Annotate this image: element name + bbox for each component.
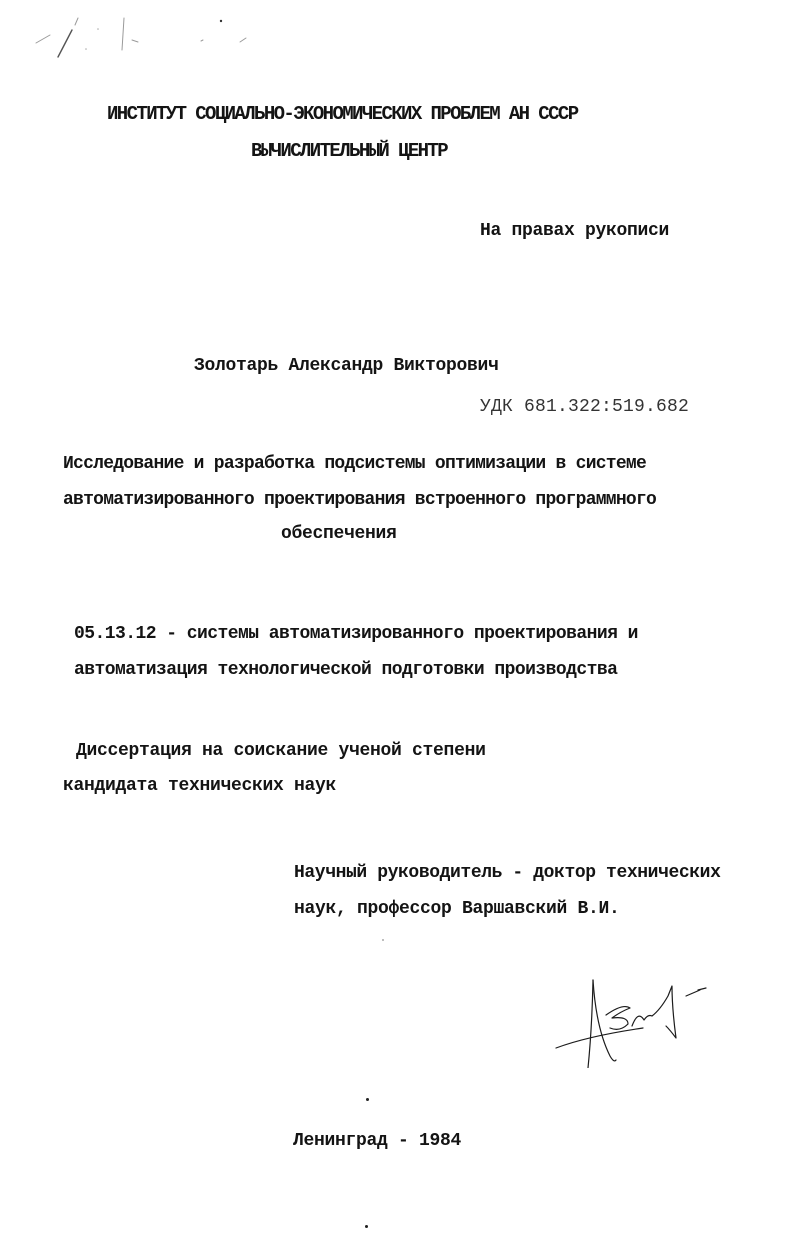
signature-icon bbox=[548, 968, 718, 1068]
dissertation-title-line-3: обеспечения bbox=[281, 523, 397, 545]
place-and-year: Ленинград - 1984 bbox=[293, 1130, 461, 1152]
dissertation-title-line-2: автоматизированного проектирования встро… bbox=[63, 489, 656, 511]
specialty-line-1: 05.13.12 - системы автоматизированного п… bbox=[74, 623, 638, 645]
department-name: ВЫЧИСЛИТЕЛЬНЫЙ ЦЕНТР bbox=[251, 140, 447, 162]
author-name: Золотарь Александр Викторович bbox=[194, 355, 499, 377]
title-page: ИНСТИТУТ СОЦИАЛЬНО-ЭКОНОМИЧЕСКИХ ПРОБЛЕМ… bbox=[0, 0, 798, 1260]
udc-code: УДК 681.322:519.682 bbox=[480, 396, 689, 418]
stray-mark bbox=[365, 1225, 368, 1228]
stray-mark bbox=[382, 939, 384, 941]
manuscript-note: На правах рукописи bbox=[480, 220, 669, 242]
degree-line-1: Диссертация на соискание ученой степени bbox=[76, 740, 486, 762]
specialty-line-2: автоматизация технологической подготовки… bbox=[74, 659, 617, 681]
degree-line-2: кандидата технических наук bbox=[63, 775, 336, 797]
institute-name: ИНСТИТУТ СОЦИАЛЬНО-ЭКОНОМИЧЕСКИХ ПРОБЛЕМ… bbox=[107, 103, 578, 125]
supervisor-line-2: наук, профессор Варшавский В.И. bbox=[294, 898, 620, 920]
dissertation-title-line-1: Исследование и разработка подсистемы опт… bbox=[63, 453, 646, 475]
supervisor-line-1: Научный руководитель - доктор технически… bbox=[294, 862, 720, 884]
handwritten-scribble-icon bbox=[0, 0, 300, 80]
stray-mark bbox=[366, 1098, 369, 1101]
